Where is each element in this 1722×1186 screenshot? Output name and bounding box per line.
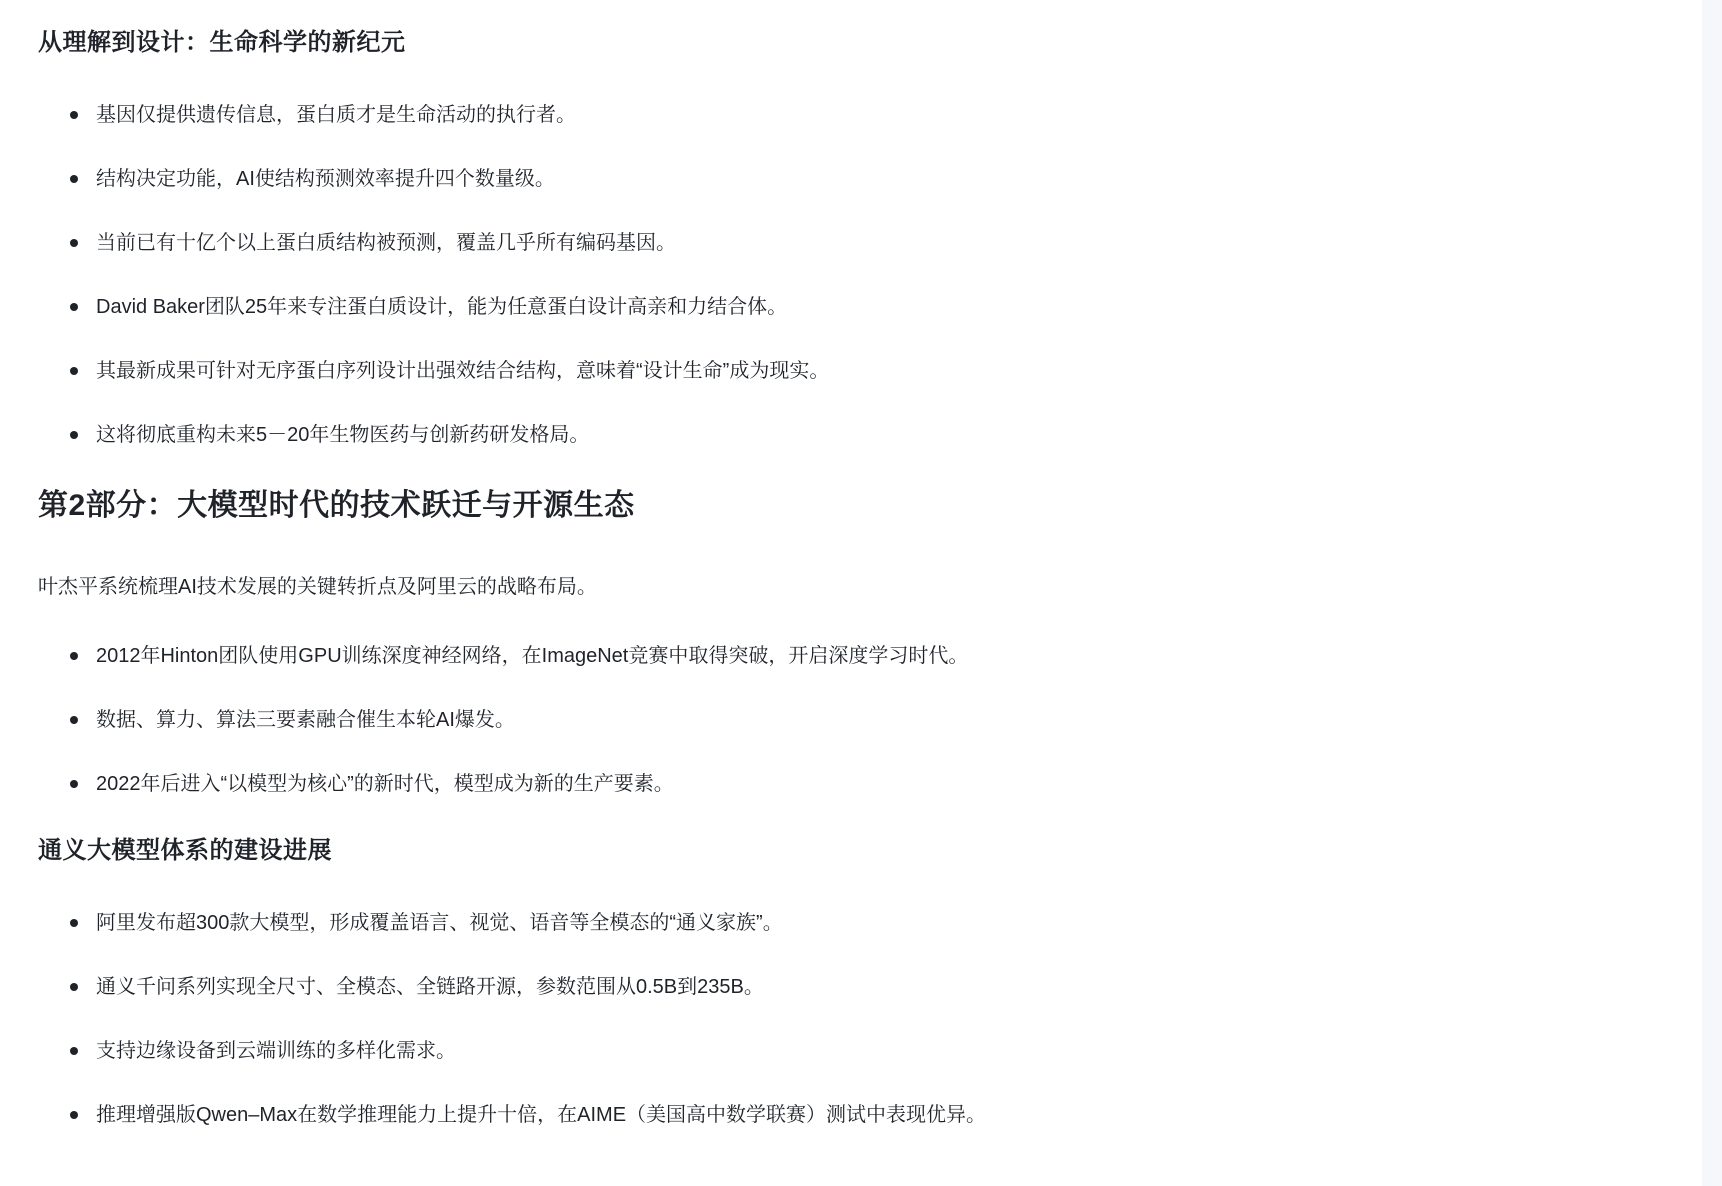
bullet-marker [70, 983, 78, 991]
bullet-marker [70, 367, 78, 375]
list-item: 2022年后进入“以模型为核心”的新时代，模型成为新的生产要素。 [38, 770, 1642, 798]
list-item: 当前已有十亿个以上蛋白质结构被预测，覆盖几乎所有编码基因。 [38, 229, 1642, 257]
list-item-text: David Baker团队25年来专注蛋白质设计，能为任意蛋白设计高亲和力结合体… [96, 296, 787, 318]
list-item-text: 2012年Hinton团队使用GPU训练深度神经网络，在ImageNet竞赛中取… [96, 645, 968, 667]
list-item-text: 2022年后进入“以模型为核心”的新时代，模型成为新的生产要素。 [96, 773, 674, 795]
list-item: 这将彻底重构未来5－20年生物医药与创新药研发格局。 [38, 421, 1642, 449]
bullet-marker [70, 239, 78, 247]
page-gutter [1702, 0, 1722, 1186]
bullet-marker [70, 716, 78, 724]
list-item: 阿里发布超300款大模型，形成覆盖语言、视觉、语音等全模态的“通义家族”。 [38, 909, 1642, 937]
list-item: 2012年Hinton团队使用GPU训练深度神经网络，在ImageNet竞赛中取… [38, 642, 1642, 670]
bullet-marker [70, 1111, 78, 1119]
list-item-text: 当前已有十亿个以上蛋白质结构被预测，覆盖几乎所有编码基因。 [96, 232, 676, 254]
bullet-marker [70, 780, 78, 788]
bullet-marker [70, 303, 78, 311]
bullet-list-tongyi: 阿里发布超300款大模型，形成覆盖语言、视觉、语音等全模态的“通义家族”。 通义… [38, 909, 1642, 1129]
bullet-marker [70, 919, 78, 927]
bullet-marker [70, 175, 78, 183]
list-item: 数据、算力、算法三要素融合催生本轮AI爆发。 [38, 706, 1642, 734]
document-body: 从理解到设计：生命科学的新纪元 基因仅提供遗传信息，蛋白质才是生命活动的执行者。… [0, 0, 1702, 1129]
bullet-marker [70, 652, 78, 660]
bullet-marker [70, 111, 78, 119]
section-heading-life-science: 从理解到设计：生命科学的新纪元 [38, 26, 1642, 60]
list-item-text: 通义千问系列实现全尺寸、全模态、全链路开源，参数范围从0.5B到235B。 [96, 976, 764, 998]
list-item-text: 结构决定功能，AI使结构预测效率提升四个数量级。 [96, 168, 555, 190]
list-item: David Baker团队25年来专注蛋白质设计，能为任意蛋白设计高亲和力结合体… [38, 293, 1642, 321]
part-heading-big-model-era: 第2部分：大模型时代的技术跃迁与开源生态 [38, 485, 1642, 527]
list-item-text: 这将彻底重构未来5－20年生物医药与创新药研发格局。 [96, 424, 589, 446]
list-item-text: 其最新成果可针对无序蛋白序列设计出强效结合结构，意味着“设计生命”成为现实。 [96, 360, 829, 382]
list-item: 推理增强版Qwen–Max在数学推理能力上提升十倍，在AIME（美国高中数学联赛… [38, 1101, 1642, 1129]
list-item: 结构决定功能，AI使结构预测效率提升四个数量级。 [38, 165, 1642, 193]
list-item-text: 推理增强版Qwen–Max在数学推理能力上提升十倍，在AIME（美国高中数学联赛… [96, 1104, 986, 1126]
list-item: 支持边缘设备到云端训练的多样化需求。 [38, 1037, 1642, 1065]
bullet-marker [70, 1047, 78, 1055]
section-heading-tongyi-progress: 通义大模型体系的建设进展 [38, 834, 1642, 868]
list-item-text: 阿里发布超300款大模型，形成覆盖语言、视觉、语音等全模态的“通义家族”。 [96, 912, 783, 934]
bullet-list-ai-history: 2012年Hinton团队使用GPU训练深度神经网络，在ImageNet竞赛中取… [38, 642, 1642, 798]
bullet-list-life-science: 基因仅提供遗传信息，蛋白质才是生命活动的执行者。 结构决定功能，AI使结构预测效… [38, 101, 1642, 449]
list-item: 基因仅提供遗传信息，蛋白质才是生命活动的执行者。 [38, 101, 1642, 129]
list-item: 通义千问系列实现全尺寸、全模态、全链路开源，参数范围从0.5B到235B。 [38, 973, 1642, 1001]
list-item-text: 基因仅提供遗传信息，蛋白质才是生命活动的执行者。 [96, 104, 576, 126]
list-item-text: 数据、算力、算法三要素融合催生本轮AI爆发。 [96, 709, 515, 731]
list-item-text: 支持边缘设备到云端训练的多样化需求。 [96, 1040, 456, 1062]
list-item: 其最新成果可针对无序蛋白序列设计出强效结合结构，意味着“设计生命”成为现实。 [38, 357, 1642, 385]
intro-paragraph: 叶杰平系统梳理AI技术发展的关键转折点及阿里云的战略布局。 [38, 573, 1642, 601]
bullet-marker [70, 431, 78, 439]
